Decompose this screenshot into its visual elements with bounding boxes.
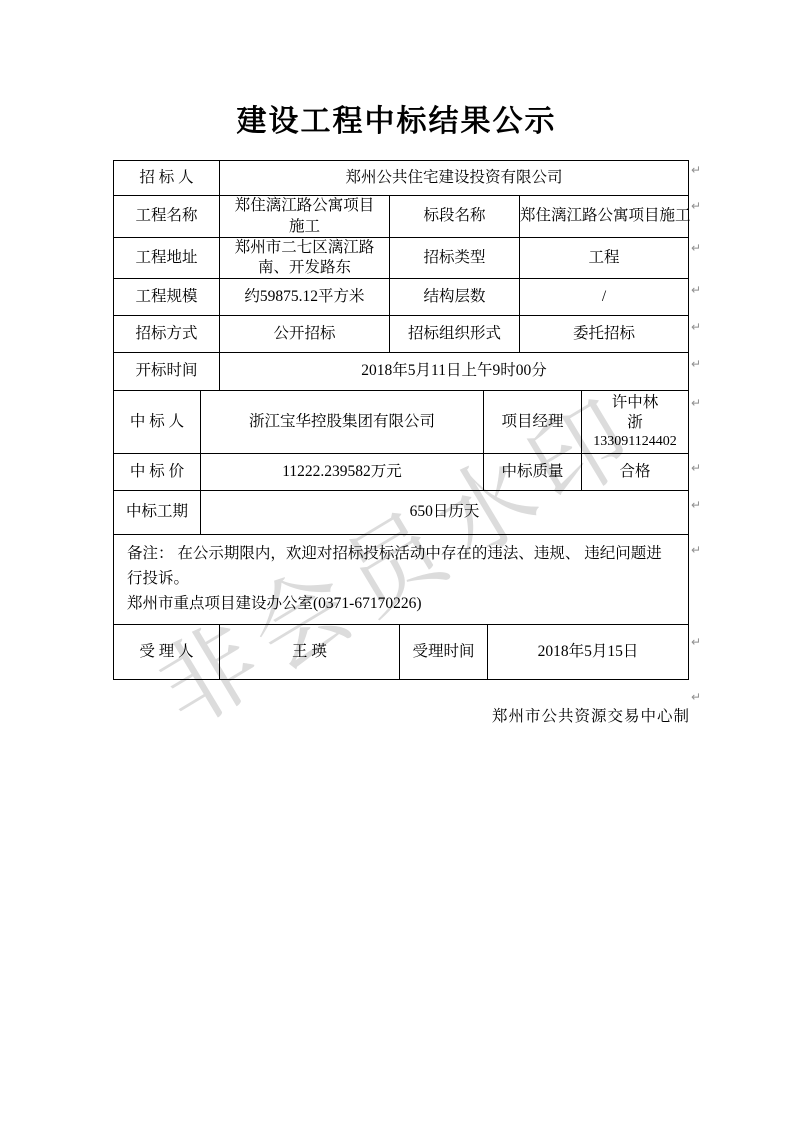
table-row-project-name: 工程名称 郑住漓江路公寓项目 施工 标段名称 郑住漓江路公寓项目施工 [114,195,688,237]
document-page: { "page": { "title": "建设工程中标结果公示", "wate… [0,0,793,1122]
project-name-label: 工程名称 [114,196,219,237]
bid-price-value: 11222.239582万元 [200,454,483,490]
project-address-line1: 郑州市二七区漓江路 [235,238,375,258]
section-name-value: 郑住漓江路公寓项目施工 [519,196,691,237]
paragraph-mark-icon: ↵ [691,321,701,333]
table-row-bid-duration: 中标工期 650日历天 [114,490,688,534]
project-name-line1: 郑住漓江路公寓项目 [235,196,375,216]
bid-method-value: 公开招标 [219,316,389,352]
table-row-bidder: 招 标 人 郑州公共住宅建设投资有限公司 [114,161,688,195]
bid-price-label: 中 标 价 [114,454,200,490]
table-row-bid-price: 中 标 价 11222.239582万元 中标质量 合格 [114,453,688,490]
paragraph-mark-icon: ↵ [691,499,701,511]
table-row-winner: 中 标 人 浙江宝华控股集团有限公司 项目经理 许中林 浙 1330911244… [114,390,688,453]
paragraph-mark-icon: ↵ [691,284,701,296]
winner-label: 中 标 人 [114,391,200,453]
bid-duration-value: 650日历天 [200,491,688,534]
project-scale-label: 工程规模 [114,279,219,315]
remark-line1: 备注： 在公示期限内，欢迎对招标投标活动中存在的违法、违规、 违纪问题进行投诉。 [127,542,676,592]
bid-open-time-value: 2018年5月11日上午9时00分 [219,353,688,390]
paragraph-mark-icon: ↵ [691,691,701,703]
paragraph-mark-icon: ↵ [691,397,701,409]
project-address-line2: 南、开发路东 [258,258,351,278]
paragraph-mark-icon: ↵ [691,636,701,648]
bid-org-form-value: 委托招标 [519,316,688,352]
acceptor-label: 受 理 人 [114,625,219,679]
structure-floors-value: / [519,279,688,315]
accept-time-value: 2018年5月15日 [487,625,688,679]
table-row-project-scale: 工程规模 约59875.12平方米 结构层数 / [114,278,688,315]
project-scale-value: 约59875.12平方米 [219,279,389,315]
bid-quality-value: 合格 [581,454,688,490]
winner-value: 浙江宝华控股集团有限公司 [200,391,483,453]
bid-result-table: 招 标 人 郑州公共住宅建设投资有限公司 工程名称 郑住漓江路公寓项目 施工 标… [113,160,689,680]
structure-floors-label: 结构层数 [389,279,519,315]
bid-quality-label: 中标质量 [483,454,581,490]
bid-duration-label: 中标工期 [114,491,200,534]
remark-cell: 备注： 在公示期限内，欢迎对招标投标活动中存在的违法、违规、 违纪问题进行投诉。… [114,535,688,624]
project-manager-value: 许中林 浙 133091124402 [581,391,688,453]
table-row-bid-method: 招标方式 公开招标 招标组织形式 委托招标 [114,315,688,352]
bidder-label: 招 标 人 [114,161,219,195]
project-address-label: 工程地址 [114,238,219,278]
issuer-line: 郑州市公共资源交易中心制 [492,704,690,726]
paragraph-mark-icon: ↵ [691,544,701,556]
paragraph-mark-icon: ↵ [691,242,701,254]
project-manager-cert-prefix: 浙 [627,413,643,433]
table-row-acceptor: 受 理 人 王 瑛 受理时间 2018年5月15日 [114,624,688,679]
bid-type-value: 工程 [519,238,688,278]
paragraph-mark-icon: ↵ [691,200,701,212]
bidder-value: 郑州公共住宅建设投资有限公司 [219,161,688,195]
project-manager-name: 许中林 [612,393,659,413]
table-row-remark: 备注： 在公示期限内，欢迎对招标投标活动中存在的违法、违规、 违纪问题进行投诉。… [114,534,688,624]
acceptor-value: 王 瑛 [219,625,399,679]
bid-open-time-label: 开标时间 [114,353,219,390]
table-row-project-address: 工程地址 郑州市二七区漓江路 南、开发路东 招标类型 工程 [114,237,688,278]
project-address-value: 郑州市二七区漓江路 南、开发路东 [219,238,389,278]
paragraph-mark-icon: ↵ [691,462,701,474]
accept-time-label: 受理时间 [399,625,487,679]
project-manager-label: 项目经理 [483,391,581,453]
remark-line2: 郑州市重点项目建设办公室(0371-67170226) [127,592,422,617]
project-name-line2: 施工 [289,217,320,237]
bid-type-label: 招标类型 [389,238,519,278]
paragraph-mark-icon: ↵ [691,358,701,370]
section-name-label: 标段名称 [389,196,519,237]
bid-method-label: 招标方式 [114,316,219,352]
project-manager-cert-number: 133091124402 [593,433,676,451]
project-name-value: 郑住漓江路公寓项目 施工 [219,196,389,237]
bid-org-form-label: 招标组织形式 [389,316,519,352]
table-row-bid-open-time: 开标时间 2018年5月11日上午9时00分 [114,352,688,390]
page-title: 建设工程中标结果公示 [0,96,793,140]
paragraph-mark-icon: ↵ [691,164,701,176]
